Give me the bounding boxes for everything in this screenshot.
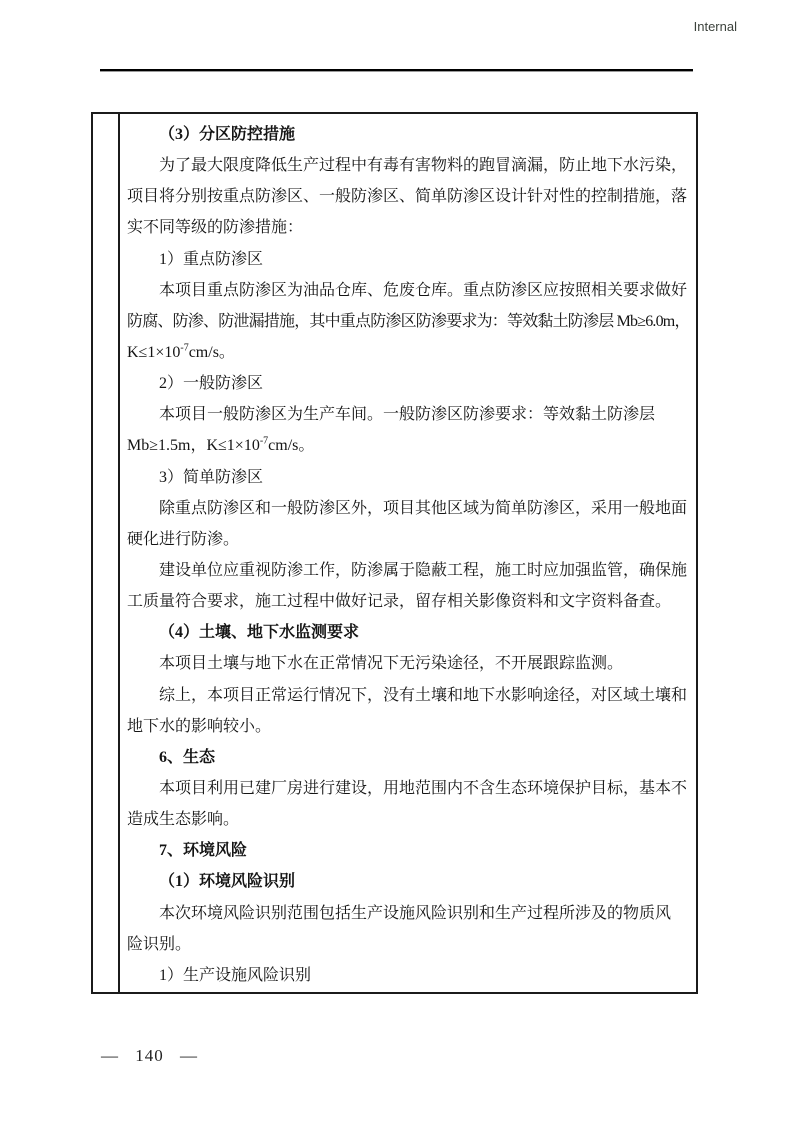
table-main-cell: （3）分区防控措施 为了最大限度降低生产过程中有毒有害物料的跑冒滴漏，防止地下水… — [120, 114, 696, 992]
text-line: 险识别。 — [127, 929, 690, 960]
text-line: 为了最大限度降低生产过程中有毒有害物料的跑冒滴漏，防止地下水污染， — [127, 150, 690, 181]
formula-text: K≤1×10 — [127, 344, 180, 361]
text-line: 工质量符合要求，施工过程中做好记录，留存相关影像资料和文字资料备查。 — [127, 586, 690, 617]
list-item-heading: 2）一般防渗区 — [127, 368, 690, 399]
table-side-cell — [93, 114, 120, 992]
text-line: 造成生态影响。 — [127, 804, 690, 835]
text-line: 本项目一般防渗区为生产车间。一般防渗区防渗要求：等效黏土防渗层 — [127, 399, 690, 430]
text-line: 防腐、防渗、防泄漏措施，其中重点防渗区防渗要求为：等效黏土防渗层 Mb≥6.0m… — [127, 306, 690, 337]
superscript-exponent: -7 — [180, 343, 188, 354]
list-item-heading: 3）简单防渗区 — [127, 462, 690, 493]
text-line: Mb≥1.5m，K≤1×10-7cm/s。 — [127, 430, 690, 461]
text-line: 本项目利用已建厂房进行建设，用地范围内不含生态环境保护目标，基本不 — [127, 773, 690, 804]
text-line: 本项目重点防渗区为油品仓库、危废仓库。重点防渗区应按照相关要求做好 — [127, 275, 690, 306]
text-line: 本项目土壤与地下水在正常情况下无污染途径，不开展跟踪监测。 — [127, 648, 690, 679]
text-line: 硬化进行防渗。 — [127, 524, 690, 555]
text-line: 地下水的影响较小。 — [127, 711, 690, 742]
superscript-exponent: -7 — [260, 436, 268, 447]
section-heading: 6、生态 — [127, 742, 690, 773]
formula-text: cm/s。 — [189, 344, 235, 361]
section-heading: （3）分区防控措施 — [127, 119, 690, 150]
text-line: 建设单位应重视防渗工作，防渗属于隐蔽工程，施工时应加强监管，确保施 — [127, 555, 690, 586]
content-table: （3）分区防控措施 为了最大限度降低生产过程中有毒有害物料的跑冒滴漏，防止地下水… — [91, 112, 698, 994]
section-heading: （4）土壤、地下水监测要求 — [127, 617, 690, 648]
text-line: K≤1×10-7cm/s。 — [127, 337, 690, 368]
section-heading: （1）环境风险识别 — [127, 866, 690, 897]
formula-text: Mb≥1.5m，K≤1×10 — [127, 437, 260, 454]
text-line: 本次环境风险识别范围包括生产设施风险识别和生产过程所涉及的物质风 — [127, 898, 690, 929]
formula-text: cm/s。 — [268, 437, 314, 454]
header-rule — [100, 69, 693, 72]
list-item-heading: 1）重点防渗区 — [127, 244, 690, 275]
text-line: 除重点防渗区和一般防渗区外，项目其他区域为简单防渗区，采用一般地面 — [127, 493, 690, 524]
classification-label: Internal — [694, 19, 737, 34]
list-item-heading: 1）生产设施风险识别 — [127, 960, 690, 991]
page-number: — 140 — — [101, 1046, 198, 1066]
text-line: 实不同等级的防渗措施： — [127, 212, 690, 243]
text-line: 项目将分别按重点防渗区、一般防渗区、简单防渗区设计针对性的控制措施，落 — [127, 181, 690, 212]
text-line: 综上，本项目正常运行情况下，没有土壤和地下水影响途径，对区域土壤和 — [127, 680, 690, 711]
section-heading: 7、环境风险 — [127, 835, 690, 866]
